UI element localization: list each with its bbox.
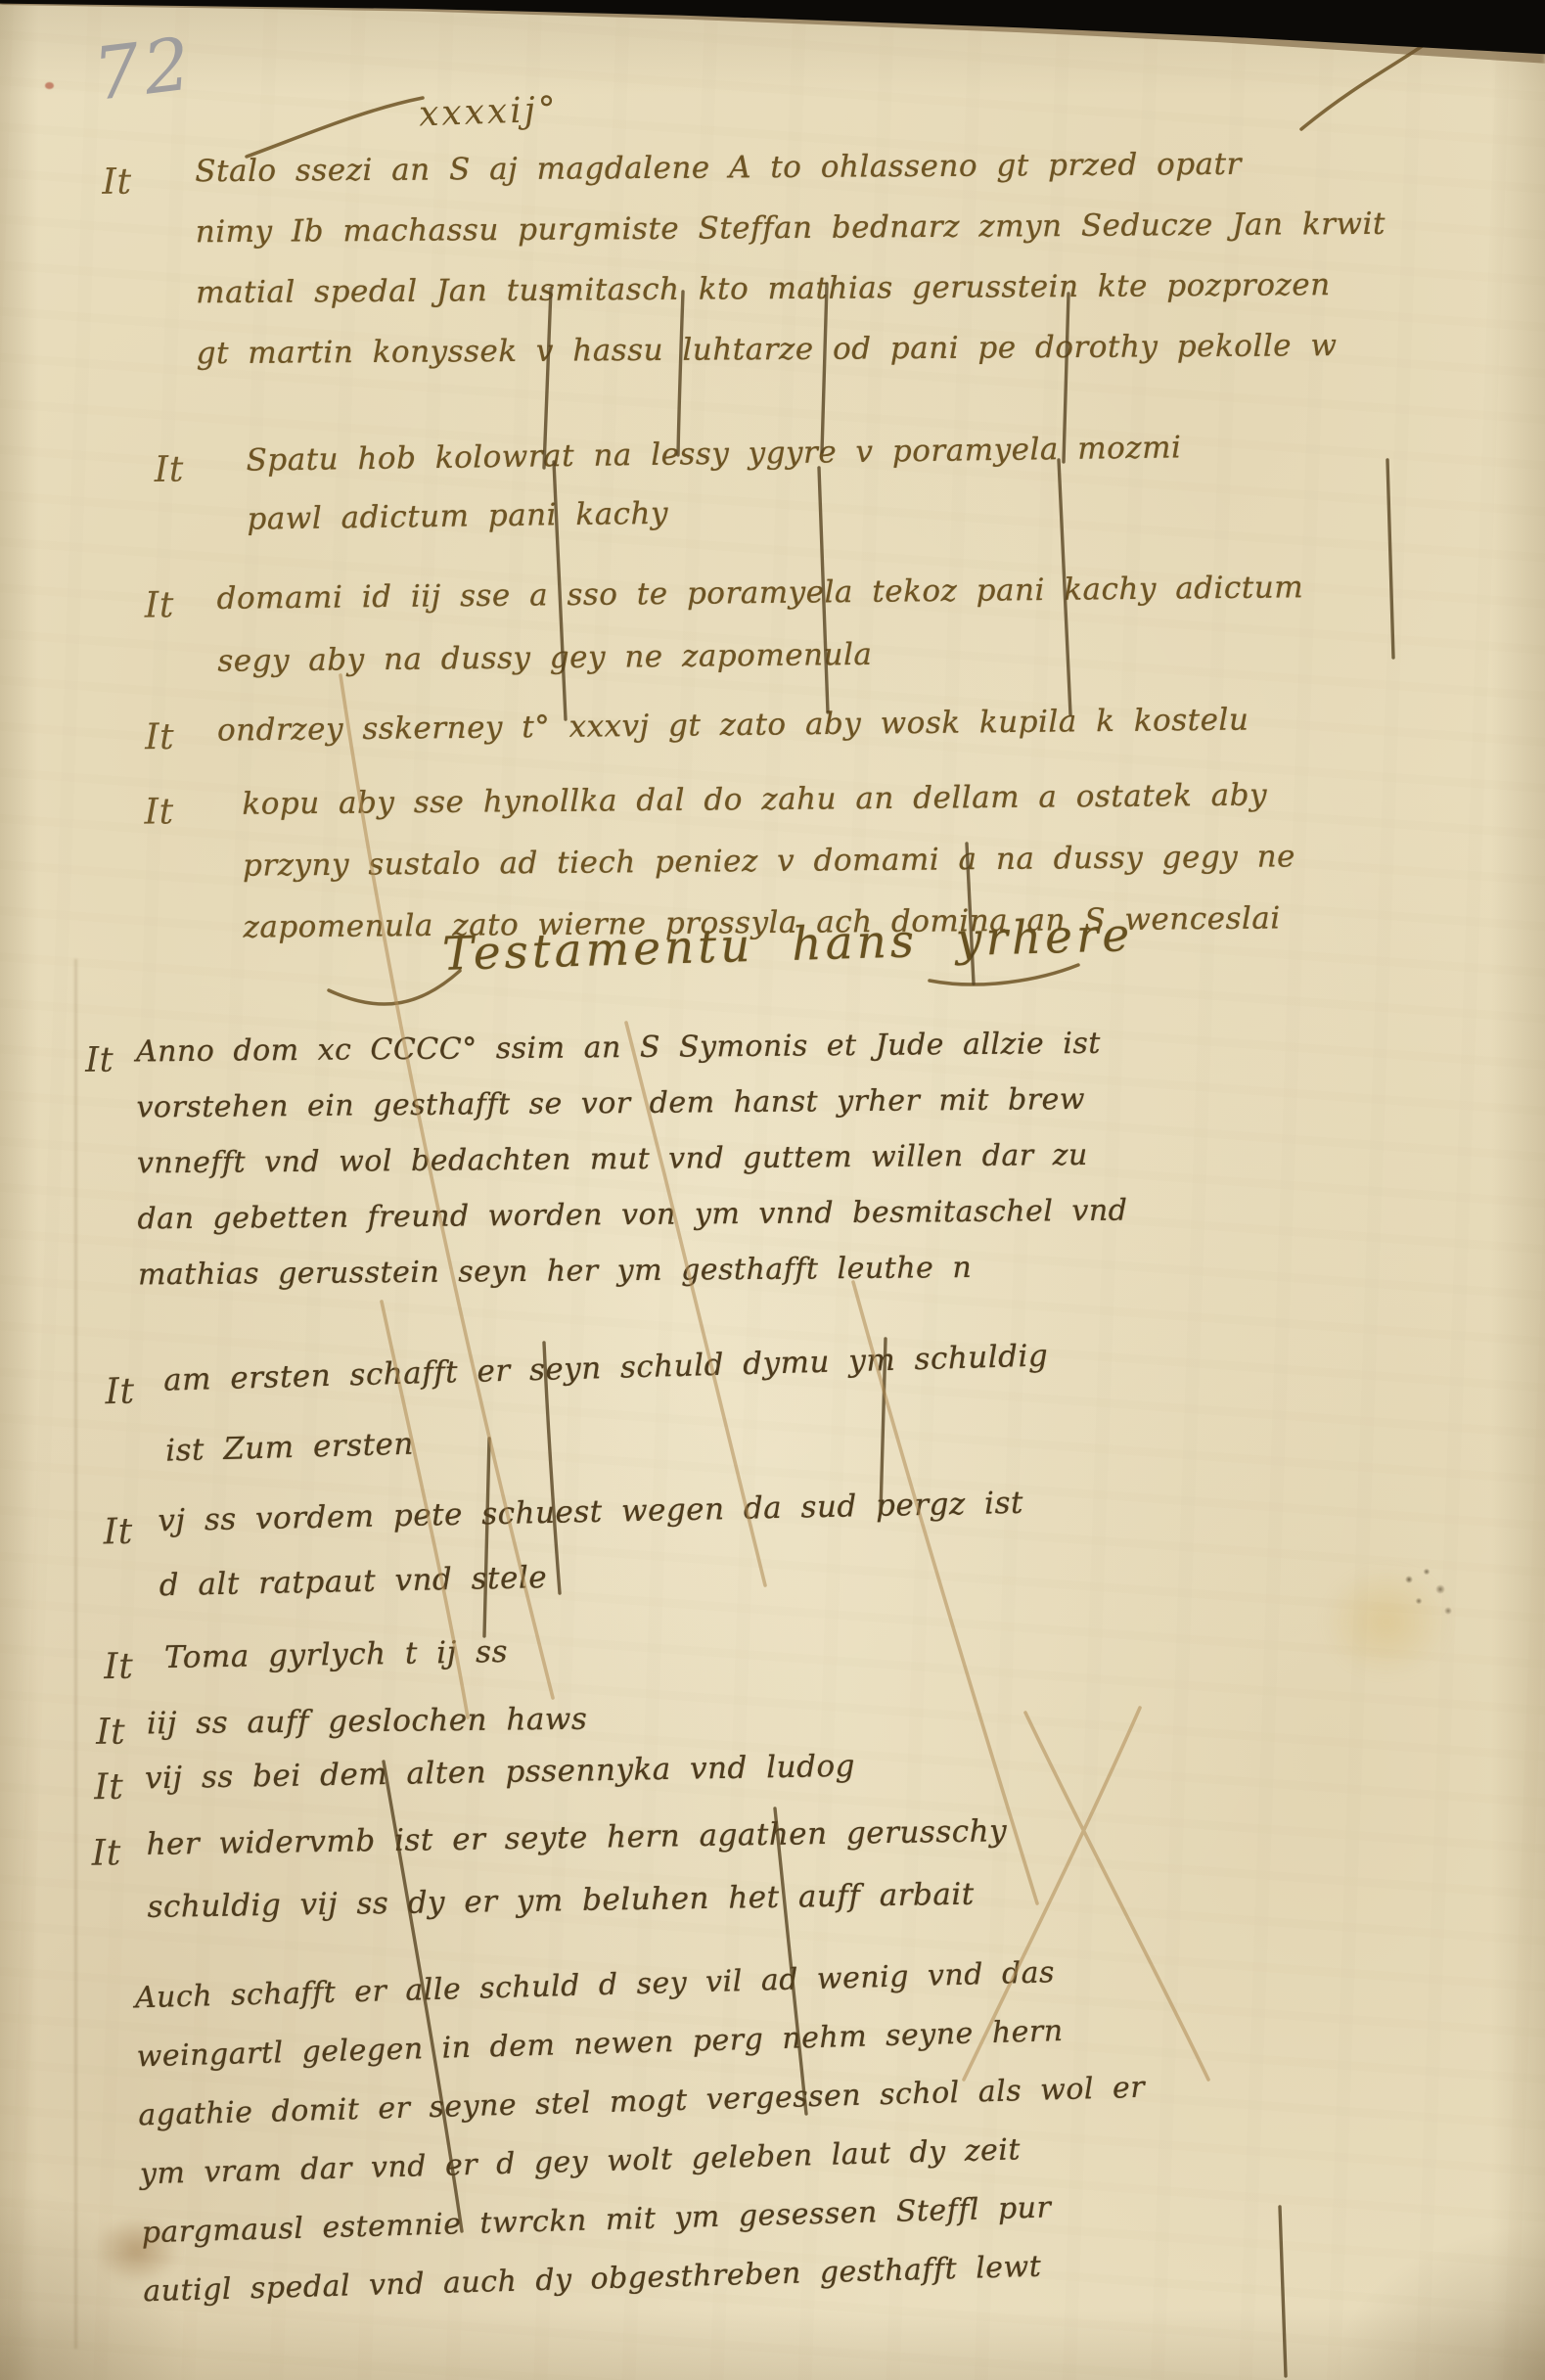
item-marker: It: [144, 573, 174, 636]
left-margin-crease: [74, 959, 77, 2349]
item-marker: It: [96, 1702, 126, 1762]
item-marker: It: [154, 440, 184, 499]
entry-paragraph: Itvj ss vordem pete schuest wegen da sud…: [158, 1471, 1025, 1618]
manuscript-line: przyny sustalo ad tiech peniez v domami …: [243, 826, 1295, 896]
manuscript-line: ondrzey sskerney t° xxxvj gt zato aby wo…: [217, 689, 1250, 760]
manuscript-line: schuldig vij ss dy er ym beluhen het auf…: [147, 1862, 1009, 1939]
item-marker: It: [145, 707, 175, 767]
manuscript-line: Anno dom xc CCCC° ssim an S Symonis et J…: [136, 1016, 1126, 1080]
manuscript-page: 72 xxxxij° ItStalo ssezi an S aj magdale…: [0, 0, 1545, 2380]
entry-paragraph: ItToma gyrlych t ij ss: [163, 1622, 508, 1688]
entry-paragraph: Auch schafft er alle schuld d sey vil ad…: [134, 1942, 1151, 2322]
entry-paragraph: ItAnno dom xc CCCC° ssim an S Symonis et…: [136, 1016, 1128, 1304]
manuscript-line: nimy Ib machassu purgmiste Steffan bedna…: [196, 194, 1386, 262]
ink-speckles: [1397, 1564, 1466, 1632]
item-marker: It: [85, 1032, 114, 1088]
manuscript-line: vij ss bei dem alten pssennyka vnd ludog: [145, 1736, 856, 1809]
item-marker: It: [91, 1821, 121, 1884]
item-marker: It: [104, 1355, 135, 1427]
manuscript-line: vorstehen ein gesthafft se vor dem hanst…: [136, 1072, 1126, 1136]
manuscript-line: domami id iij sse a sso te poramyela tek…: [216, 556, 1303, 630]
corner-shadow: [1330, 2223, 1545, 2380]
photograph-background-edge: [0, 0, 1545, 59]
manuscript-line: dan gebetten freund worden von ym vnnd b…: [137, 1183, 1127, 1248]
entry-number: xxxxij°: [418, 90, 559, 135]
folio-number: 72: [89, 22, 199, 117]
manuscript-line: kopu aby sse hynollka dal do zahu an del…: [242, 764, 1295, 835]
manuscript-line: gt martin konyssek v hassu luhtarze od p…: [196, 315, 1386, 384]
item-marker: It: [102, 152, 132, 212]
entry-paragraph: Itdomami id iij sse a sso te poramyela t…: [216, 556, 1304, 693]
manuscript-line: segy aby na dussy gey ne zapomenula: [217, 618, 1304, 693]
manuscript-line: vnnefft vnd wol bedachten mut vnd guttem…: [137, 1127, 1127, 1192]
item-marker: It: [103, 1499, 134, 1565]
manuscript-line: Stalo ssezi an S aj magdalene A to ohlas…: [195, 133, 1386, 202]
item-marker: It: [94, 1757, 124, 1818]
manuscript-line: Toma gyrlych t ij ss: [163, 1622, 508, 1688]
manuscript-line: mathias gerusstein seyn her ym gesthafft…: [138, 1239, 1128, 1304]
entry-paragraph: ItSpatu hob kolowrat na lessy ygyre v po…: [246, 418, 1182, 548]
entry-paragraph: Ither widervmb ist er seyte hern agathen…: [146, 1800, 1009, 1939]
yellow-stain: [1313, 1558, 1460, 1685]
item-marker: It: [104, 1636, 134, 1698]
manuscript-line: pawl adictum pani kachy: [247, 477, 1183, 548]
entry-paragraph: Itvij ss bei dem alten pssennyka vnd lud…: [145, 1736, 856, 1809]
red-fleck: [45, 82, 54, 89]
item-marker: It: [144, 780, 174, 842]
entry-paragraph: Itondrzey sskerney t° xxxvj gt zato aby …: [217, 689, 1250, 760]
manuscript-line: matial spedal Jan tusmitasch kto mathias…: [196, 254, 1386, 323]
entry-paragraph: ItStalo ssezi an S aj magdalene A to ohl…: [195, 133, 1386, 384]
entry-paragraph: Itam ersten schafft er seyn schuld dymu …: [162, 1320, 1051, 1486]
